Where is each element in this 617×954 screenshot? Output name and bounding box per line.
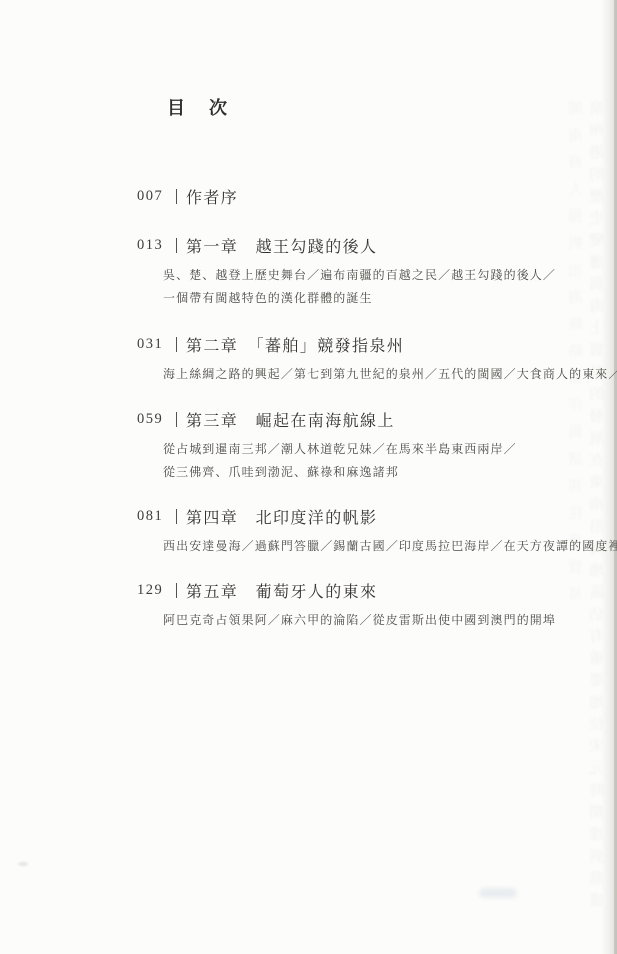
subtitle-line: 一個帶有閩越特色的漢化群體的誕生: [163, 287, 556, 310]
toc-entry-chapter-5: 129 第五章 葡萄牙人的東來 阿巴克奇占領果阿／麻六甲的淪陷／從皮雷斯出使中國…: [137, 579, 556, 632]
separator-bar: [176, 583, 177, 598]
subtitle-line: 從占城到暹南三邦／潮人林道乾兄妹／在馬來半島東西兩岸／: [163, 438, 517, 461]
entry-heading: 作者序: [186, 185, 238, 208]
toc-entry-row: 081 第四章 北印度洋的帆影: [137, 505, 617, 528]
subtitle-line: 從三佛齊、爪哇到渤泥、蘇祿和麻逸諸邦: [163, 461, 517, 484]
toc-entry-chapter-1: 013 第一章 越王勾踐的後人 吳、楚、越登上歷史舞台／遍布南疆的百越之民／越王…: [137, 234, 556, 310]
scan-speck: [18, 862, 28, 866]
toc-entry-row: 129 第五章 葡萄牙人的東來: [137, 579, 556, 602]
page-title: 目 次: [167, 94, 230, 120]
entry-heading: 第五章 葡萄牙人的東來: [186, 579, 377, 602]
toc-entry-preface: 007 作者序: [137, 185, 238, 208]
toc-entry-row: 013 第一章 越王勾踐的後人: [137, 234, 556, 257]
page-number: 007: [137, 188, 176, 205]
entry-heading: 第一章 越王勾踐的後人: [186, 234, 377, 257]
toc-entry-row: 031 第二章 「蕃舶」競發指泉州: [137, 333, 617, 356]
subtitle-line: 西出安達曼海／過蘇門答臘／錫蘭古國／印度馬拉巴海岸／在天方夜譚的國度裡: [163, 535, 617, 558]
page-number: 081: [137, 508, 176, 525]
subtitle-line: 吳、楚、越登上歷史舞台／遍布南疆的百越之民／越王勾踐的後人／: [163, 264, 556, 287]
page-number: 059: [137, 411, 176, 428]
entry-heading: 第四章 北印度洋的帆影: [186, 505, 377, 528]
scan-smudge: [479, 888, 517, 898]
separator-bar: [176, 337, 177, 352]
subtitle-line: 海上絲綢之路的興起／第七到第九世紀的泉州／五代的閩國／大食商人的東來／鼎盛時期: [163, 363, 617, 386]
separator-bar: [176, 238, 177, 253]
entry-subtitles: 海上絲綢之路的興起／第七到第九世紀的泉州／五代的閩國／大食商人的東來／鼎盛時期: [163, 363, 617, 386]
page-number: 129: [137, 582, 176, 599]
page-edge-shadow: [601, 0, 617, 954]
toc-entry-row: 007 作者序: [137, 185, 238, 208]
separator-bar: [176, 509, 177, 524]
entry-heading: 第三章 崛起在南海航線上: [186, 408, 395, 431]
toc-entry-chapter-2: 031 第二章 「蕃舶」競發指泉州 海上絲綢之路的興起／第七到第九世紀的泉州／五…: [137, 333, 617, 386]
toc-entry-row: 059 第三章 崛起在南海航線上: [137, 408, 517, 431]
page-number: 013: [137, 237, 176, 254]
toc-entry-chapter-4: 081 第四章 北印度洋的帆影 西出安達曼海／過蘇門答臘／錫蘭古國／印度馬拉巴海…: [137, 505, 617, 558]
page-number: 031: [137, 336, 176, 353]
separator-bar: [176, 412, 177, 427]
entry-subtitles: 吳、楚、越登上歷史舞台／遍布南疆的百越之民／越王勾踐的後人／ 一個帶有閩越特色的…: [163, 264, 556, 310]
subtitle-line: 阿巴克奇占領果阿／麻六甲的淪陷／從皮雷斯出使中國到澳門的開埠: [163, 609, 556, 632]
entry-subtitles: 從占城到暹南三邦／潮人林道乾兄妹／在馬來半島東西兩岸／ 從三佛齊、爪哇到渤泥、蘇…: [163, 438, 517, 484]
entry-heading: 第二章 「蕃舶」競發指泉州: [186, 333, 404, 356]
toc-entry-chapter-3: 059 第三章 崛起在南海航線上 從占城到暹南三邦／潮人林道乾兄妹／在馬來半島東…: [137, 408, 517, 484]
entry-subtitles: 阿巴克奇占領果阿／麻六甲的淪陷／從皮雷斯出使中國到澳門的開埠: [163, 609, 556, 632]
separator-bar: [176, 189, 177, 204]
entry-subtitles: 西出安達曼海／過蘇門答臘／錫蘭古國／印度馬拉巴海岸／在天方夜譚的國度裡: [163, 535, 617, 558]
